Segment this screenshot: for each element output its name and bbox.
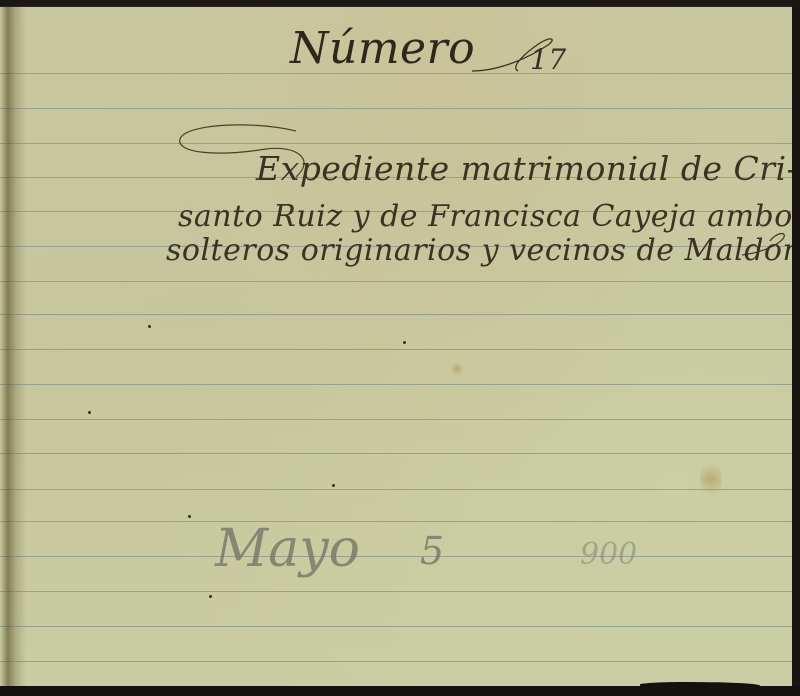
- paper-speck: [188, 515, 191, 518]
- heading-label: Número: [290, 23, 475, 74]
- ruled-line: [0, 489, 792, 490]
- ruled-line: [0, 591, 792, 592]
- ruled-line: [0, 314, 792, 315]
- ruled-line: [0, 661, 792, 662]
- paper-stain: [450, 362, 464, 376]
- paper-speck: [209, 595, 212, 598]
- ledger-page: Número 17 Expediente matrimonial de Cri-…: [0, 6, 792, 689]
- ruled-line: [0, 521, 792, 522]
- paper-speck: [332, 484, 335, 487]
- record-number: 17: [530, 43, 567, 76]
- pencil-date-month: Mayo: [215, 519, 360, 579]
- ruled-line: [0, 108, 792, 109]
- ruled-line: [0, 626, 792, 627]
- pencil-date-year: 900: [580, 537, 637, 572]
- end-flourish-icon: [740, 231, 790, 261]
- ruled-line: [0, 453, 792, 454]
- ruled-line: [0, 384, 792, 385]
- paper-speck: [403, 341, 406, 344]
- pencil-date-day: 5: [420, 529, 444, 573]
- ruled-line: [0, 349, 792, 350]
- paper-speck: [88, 411, 91, 414]
- body-line-2: santo Ruiz y de Francisca Cayeja ambos: [178, 199, 792, 234]
- ruled-line: [0, 419, 792, 420]
- body-line-3: solteros originarios y vecinos de Maldon…: [166, 233, 792, 268]
- ruled-line: [0, 143, 792, 144]
- torn-edge: [640, 682, 760, 688]
- paper-speck: [148, 325, 151, 328]
- ruled-line: [0, 281, 792, 282]
- binding-shadow: [0, 7, 26, 689]
- body-line-1: Expediente matrimonial de Cri-: [256, 149, 792, 188]
- page-right-edge: [792, 6, 800, 696]
- ruled-line: [0, 556, 792, 557]
- paper-stain: [700, 459, 722, 499]
